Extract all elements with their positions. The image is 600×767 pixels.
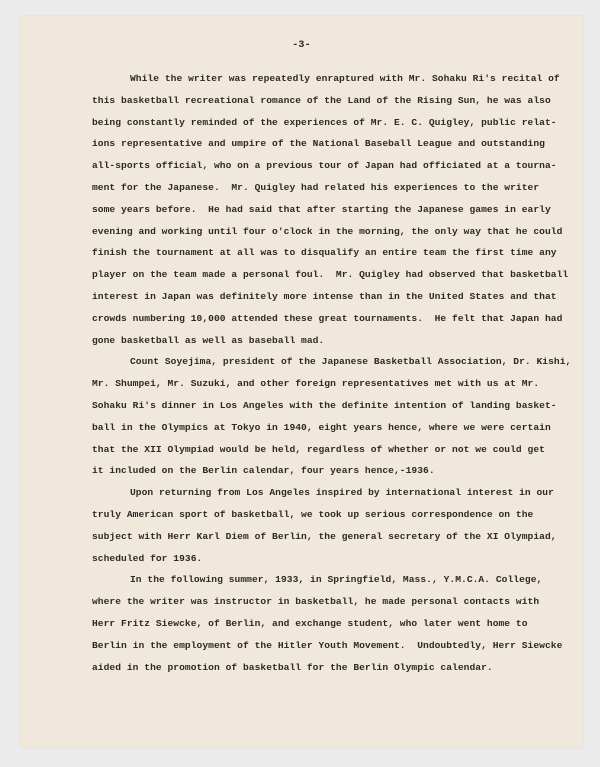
text-line: all-sports official, who on a previous t… xyxy=(92,155,562,177)
text-line: gone basketball as well as baseball mad. xyxy=(92,330,562,352)
text-line: Upon returning from Los Angeles inspired… xyxy=(92,482,562,504)
text-line: scheduled for 1936. xyxy=(92,548,562,570)
text-line: where the writer was instructor in baske… xyxy=(92,591,562,613)
text-line: ball in the Olympics at Tokyo in 1940, e… xyxy=(92,417,562,439)
text-line: aided in the promotion of basketball for… xyxy=(92,657,562,679)
document-body: While the writer was repeatedly enraptur… xyxy=(92,68,562,678)
text-line: finish the tournament at all was to disq… xyxy=(92,242,562,264)
text-line: interest in Japan was definitely more in… xyxy=(92,286,562,308)
text-line: Mr. Shumpei, Mr. Suzuki, and other forei… xyxy=(92,373,562,395)
text-line: that the XII Olympiad would be held, reg… xyxy=(92,439,562,461)
text-line: this basketball recreational romance of … xyxy=(92,90,562,112)
text-line: some years before. He had said that afte… xyxy=(92,199,562,221)
text-line: ions representative and umpire of the Na… xyxy=(92,133,562,155)
text-line: Sohaku Ri's dinner in Los Angeles with t… xyxy=(92,395,562,417)
text-line: Count Soyejima, president of the Japanes… xyxy=(92,351,562,373)
page-number: -3- xyxy=(20,40,583,51)
paragraph-siewcke: In the following summer, 1933, in Spring… xyxy=(92,569,562,678)
text-line: crowds numbering 10,000 attended these g… xyxy=(92,308,562,330)
text-line: truly American sport of basketball, we t… xyxy=(92,504,562,526)
scanned-page: -3- While the writer was repeatedly enra… xyxy=(0,0,600,767)
text-line: ment for the Japanese. Mr. Quigley had r… xyxy=(92,177,562,199)
text-line: subject with Herr Karl Diem of Berlin, t… xyxy=(92,526,562,548)
paper-sheet: -3- While the writer was repeatedly enra… xyxy=(20,16,583,748)
text-line: Herr Fritz Siewcke, of Berlin, and excha… xyxy=(92,613,562,635)
text-line: Berlin in the employment of the Hitler Y… xyxy=(92,635,562,657)
paragraph-soyejima: Count Soyejima, president of the Japanes… xyxy=(92,351,562,482)
text-line: it included on the Berlin calendar, four… xyxy=(92,460,562,482)
text-line: In the following summer, 1933, in Spring… xyxy=(92,569,562,591)
paragraph-quigley: While the writer was repeatedly enraptur… xyxy=(92,68,562,351)
text-line: player on the team made a personal foul.… xyxy=(92,264,562,286)
text-line: While the writer was repeatedly enraptur… xyxy=(92,68,562,90)
paragraph-diem: Upon returning from Los Angeles inspired… xyxy=(92,482,562,569)
text-line: evening and working until four o'clock i… xyxy=(92,221,562,243)
text-line: being constantly reminded of the experie… xyxy=(92,112,562,134)
